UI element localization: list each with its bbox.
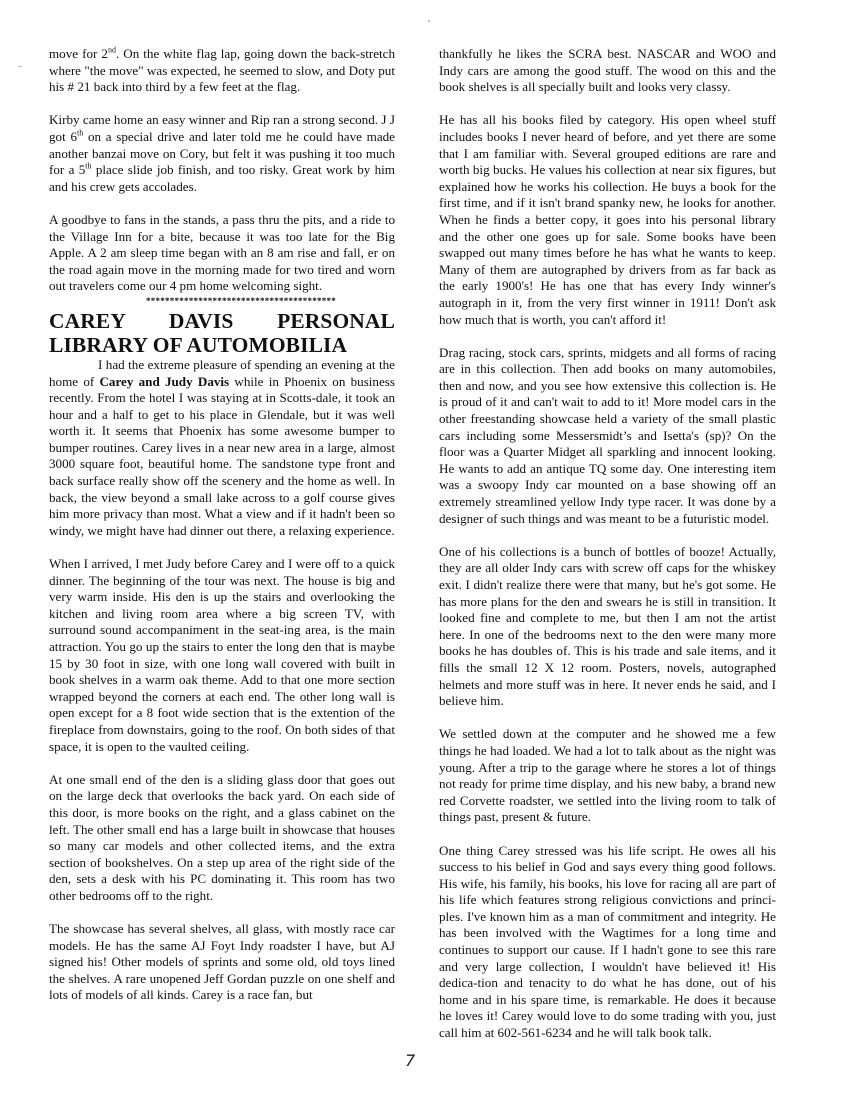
host-names: Carey and Judy Davis	[99, 374, 229, 389]
article-intro-paragraph: I had the extreme pleasure of spending a…	[49, 357, 395, 540]
scan-speck	[428, 20, 430, 22]
showcase-paragraph: The showcase has several shelves, all gl…	[49, 921, 395, 1004]
section-separator: ****************************************	[91, 295, 391, 307]
scra-paragraph: thankfully he likes the SCRA best. NASCA…	[439, 46, 776, 96]
arrival-paragraph: When I arrived, I met Judy before Carey …	[49, 556, 395, 755]
text-run: place slide job finish, and too risky. G…	[49, 162, 395, 194]
drag-racing-paragraph: Drag racing, stock cars, sprints, midget…	[439, 345, 776, 528]
ordinal-suffix: nd	[108, 46, 116, 55]
left-column: move for 2nd. On the white flag lap, goi…	[49, 46, 395, 1004]
scan-speck	[18, 66, 22, 67]
race-result-paragraph: Kirby came home an easy winner and Rip r…	[49, 112, 395, 195]
page-number: 7	[405, 1051, 415, 1070]
life-script-paragraph: One thing Carey stressed was his life sc…	[439, 843, 776, 1042]
right-column: thankfully he likes the SCRA best. NASCA…	[439, 46, 776, 1042]
den-paragraph: At one small end of the den is a sliding…	[49, 772, 395, 905]
race-report-paragraph: move for 2nd. On the white flag lap, goi…	[49, 46, 395, 96]
computer-paragraph: We settled down at the computer and he s…	[439, 726, 776, 826]
text-run: while in Phoenix on business recently. F…	[49, 374, 395, 538]
text-run: move for 2	[49, 46, 108, 61]
article-headline: CAREY DAVIS PERSONAL LIBRARY OF AUTOMOBI…	[49, 309, 395, 357]
booze-bottles-paragraph: One of his collections is a bunch of bot…	[439, 544, 776, 710]
newsletter-page: move for 2nd. On the white flag lap, goi…	[0, 0, 850, 1100]
books-paragraph: He has all his books filed by category. …	[439, 112, 776, 328]
goodbye-paragraph: A goodbye to fans in the stands, a pass …	[49, 212, 395, 295]
